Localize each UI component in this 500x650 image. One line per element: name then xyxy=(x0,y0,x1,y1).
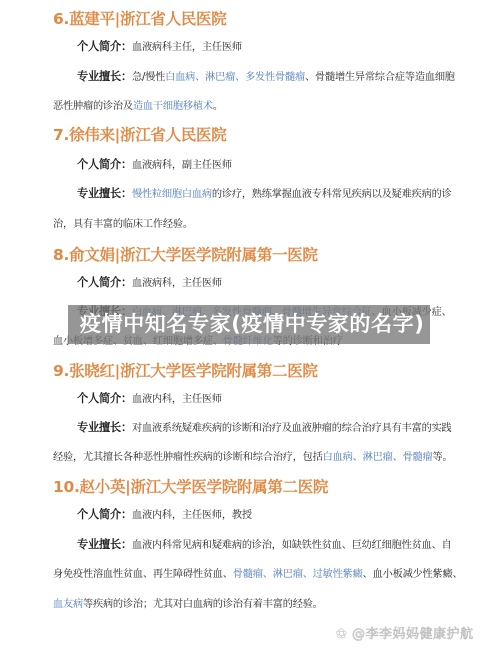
watermark-text: @李李妈妈健康护航 xyxy=(352,627,474,642)
intro-label: 个人简介： xyxy=(77,158,132,171)
specialty-text: 经验，尤其擅长各种恶性肿瘤性疾病的诊断和综合治疗，包括 xyxy=(53,452,323,463)
specialty-label: 专业擅长： xyxy=(77,187,132,200)
specialty-continuation: 恶性肿瘤的诊治及造血干细胞移植术。 xyxy=(53,97,223,112)
intro-label: 个人简介： xyxy=(77,276,132,289)
expert-heading: 9.张晓红|浙江大学医学院附属第二医院 xyxy=(53,359,318,381)
specialty-text: 等疾病的诊治；尤其对白血病的诊治有着丰富的经验。 xyxy=(83,599,323,610)
expert-heading: 10.赵小英|浙江大学医学院附属第二医院 xyxy=(53,475,328,497)
expert-heading: 6.蓝建平|浙江省人民医院 xyxy=(53,7,226,29)
document-page: 6.蓝建平|浙江省人民医院 个人简介：血液病科主任，主任医师 专业擅长：急/慢性… xyxy=(0,0,500,650)
specialty-line: 专业擅长：血液内科常见病和疑难病的诊治，如缺铁性贫血、巨幼红细胞性贫血、自 xyxy=(77,536,452,552)
disease-link[interactable]: 白血病、淋巴瘤、骨髓瘤 xyxy=(323,452,433,463)
intro-text: 血液内科，主任医师，教授 xyxy=(132,510,252,521)
intro-line: 个人简介：血液内科，主任医师 xyxy=(77,390,222,406)
specialty-text: 治，具有丰富的临床工作经验。 xyxy=(53,219,193,230)
specialty-label: 专业擅长： xyxy=(77,538,132,551)
specialty-label: 专业擅长： xyxy=(77,70,132,83)
specialty-text: 、血小板减少性紫癜、 xyxy=(363,569,463,580)
specialty-label: 专业擅长： xyxy=(77,421,132,434)
watermark: ✿ @李李妈妈健康护航 xyxy=(336,623,474,642)
specialty-text: 血液内科常见病和疑难病的诊治，如缺铁性贫血、巨幼红细胞性贫血、自 xyxy=(132,540,452,551)
specialty-line: 专业擅长：急/慢性白血病、淋巴瘤、多发性骨髓瘤、骨髓增生异常综合症等造血细胞 xyxy=(77,68,455,84)
specialty-line: 专业擅长：慢性粒细胞白血病的诊疗，熟练掌握血液专科常见疾病以及疑难疾病的诊 xyxy=(77,185,452,201)
intro-line: 个人简介：血液内科，主任医师，教授 xyxy=(77,506,252,522)
expert-heading: 8.俞文娟|浙江大学医学院附属第一医院 xyxy=(53,243,318,265)
disease-link[interactable]: 血友病 xyxy=(53,599,83,610)
intro-text: 血液病科，主任医师 xyxy=(132,278,222,289)
intro-label: 个人简介： xyxy=(77,392,132,405)
paw-icon: ✿ xyxy=(336,627,347,642)
banner-title: 疫情中知名专家(疫情中专家的名字) xyxy=(80,308,424,338)
specialty-text: 等。 xyxy=(433,452,453,463)
specialty-text: 对血液系统疑难疾病的诊断和治疗及血液肿瘤的综合治疗具有丰富的实践 xyxy=(132,423,452,434)
specialty-continuation: 身免疫性溶血性贫血、再生障碍性贫血、骨髓瘤、淋巴瘤、过敏性紫癜、血小板减少性紫癜… xyxy=(53,565,463,580)
specialty-text: 、骨髓增生异常综合症等造血细胞 xyxy=(305,72,455,83)
specialty-continuation: 治，具有丰富的临床工作经验。 xyxy=(53,215,193,230)
specialty-text: 。 xyxy=(213,101,223,112)
disease-link[interactable]: 造血干细胞移植术 xyxy=(133,101,213,112)
disease-link[interactable]: 白血病、淋巴瘤、多发性骨髓瘤 xyxy=(165,72,305,83)
disease-link[interactable]: 骨髓瘤、淋巴瘤、过敏性紫癜 xyxy=(233,569,363,580)
intro-line: 个人简介：血液病科，主任医师 xyxy=(77,274,222,290)
intro-text: 血液内科，主任医师 xyxy=(132,394,222,405)
intro-line: 个人简介：血液病科，副主任医师 xyxy=(77,156,232,172)
intro-text: 血液病科主任，主任医师 xyxy=(132,42,242,53)
disease-link[interactable]: 慢性粒细胞白血病 xyxy=(132,189,212,200)
specialty-line: 专业擅长：对血液系统疑难疾病的诊断和治疗及血液肿瘤的综合治疗具有丰富的实践 xyxy=(77,419,452,435)
specialty-continuation: 经验，尤其擅长各种恶性肿瘤性疾病的诊断和综合治疗，包括白血病、淋巴瘤、骨髓瘤等。 xyxy=(53,448,453,463)
specialty-continuation: 血友病等疾病的诊治；尤其对白血病的诊治有着丰富的经验。 xyxy=(53,595,323,610)
intro-label: 个人简介： xyxy=(77,508,132,521)
intro-line: 个人简介：血液病科主任，主任医师 xyxy=(77,38,242,54)
intro-text: 血液病科，副主任医师 xyxy=(132,160,232,171)
specialty-text: 急/慢性 xyxy=(132,72,165,83)
expert-heading: 7.徐伟来|浙江省人民医院 xyxy=(53,123,226,145)
specialty-text: 的诊疗，熟练掌握血液专科常见疾病以及疑难疾病的诊 xyxy=(212,189,452,200)
specialty-text: 恶性肿瘤的诊治及 xyxy=(53,101,133,112)
specialty-text: 身免疫性溶血性贫血、再生障碍性贫血、 xyxy=(53,569,233,580)
intro-label: 个人简介： xyxy=(77,40,132,53)
